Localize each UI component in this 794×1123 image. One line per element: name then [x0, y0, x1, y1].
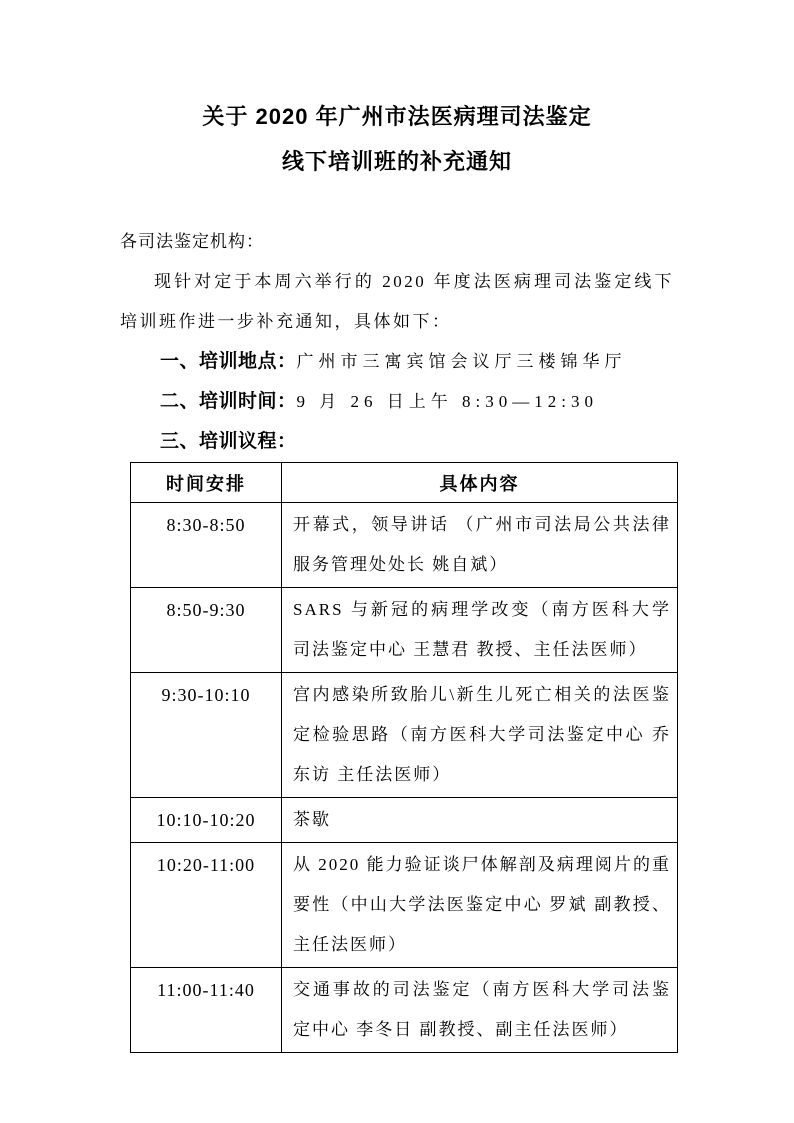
intro-paragraph: 现针对定于本周六举行的 2020 年度法医病理司法鉴定线下培训班作进一步补充通知…: [120, 262, 674, 342]
agenda-table-head: 时间安排 具体内容: [131, 463, 678, 503]
agenda-time-cell: 11:00-11:40: [131, 968, 282, 1053]
agenda-content-cell: 交通事故的司法鉴定（南方医科大学司法鉴定中心 李冬日 副教授、副主任法医师）: [282, 968, 678, 1053]
agenda-row: 9:30-10:10 宫内感染所致胎儿\新生儿死亡相关的法医鉴定检验思路（南方医…: [131, 673, 678, 798]
agenda-time-cell: 9:30-10:10: [131, 673, 282, 798]
column-header-time: 时间安排: [131, 463, 282, 503]
item-training-agenda: 三、培训议程：: [160, 422, 794, 462]
title-line-1: 关于 2020 年广州市法医病理司法鉴定: [0, 94, 794, 139]
agenda-content-cell: 宫内感染所致胎儿\新生儿死亡相关的法医鉴定检验思路（南方医科大学司法鉴定中心 乔…: [282, 673, 678, 798]
agenda-table: 时间安排 具体内容 8:30-8:50 开幕式，领导讲话 （广州市司法局公共法律…: [130, 462, 678, 1053]
agenda-time-cell: 10:10-10:20: [131, 798, 282, 843]
agenda-row: 8:30-8:50 开幕式，领导讲话 （广州市司法局公共法律服务管理处处长 姚自…: [131, 503, 678, 588]
item-training-agenda-label: 三、培训议程：: [160, 431, 297, 452]
item-training-location: 一、培训地点：广州市三寓宾馆会议厅三楼锦华厅: [160, 342, 794, 382]
agenda-row: 11:00-11:40 交通事故的司法鉴定（南方医科大学司法鉴定中心 李冬日 副…: [131, 968, 678, 1053]
document-title: 关于 2020 年广州市法医病理司法鉴定 线下培训班的补充通知: [0, 0, 794, 184]
agenda-row: 10:10-10:20 茶歇: [131, 798, 678, 843]
agenda-time-cell: 8:50-9:30: [131, 588, 282, 673]
agenda-header-row: 时间安排 具体内容: [131, 463, 678, 503]
item-training-location-label: 一、培训地点：: [160, 351, 297, 372]
column-header-content: 具体内容: [282, 463, 678, 503]
agenda-content-cell: 茶歇: [282, 798, 678, 843]
agenda-table-body: 8:30-8:50 开幕式，领导讲话 （广州市司法局公共法律服务管理处处长 姚自…: [131, 503, 678, 1053]
document-page: 关于 2020 年广州市法医病理司法鉴定 线下培训班的补充通知 各司法鉴定机构：…: [0, 0, 794, 1123]
agenda-time-cell: 10:20-11:00: [131, 843, 282, 968]
agenda-row: 8:50-9:30 SARS 与新冠的病理学改变（南方医科大学司法鉴定中心 王慧…: [131, 588, 678, 673]
item-training-time-label: 二、培训时间：: [160, 391, 297, 412]
item-training-location-value: 广州市三寓宾馆会议厅三楼锦华厅: [297, 352, 627, 371]
item-training-time: 二、培训时间：9 月 26 日上午 8:30—12:30: [160, 382, 794, 422]
agenda-content-cell: 从 2020 能力验证谈尸体解剖及病理阅片的重要性（中山大学法医鉴定中心 罗斌 …: [282, 843, 678, 968]
agenda-row: 10:20-11:00 从 2020 能力验证谈尸体解剖及病理阅片的重要性（中山…: [131, 843, 678, 968]
agenda-time-cell: 8:30-8:50: [131, 503, 282, 588]
agenda-content-cell: SARS 与新冠的病理学改变（南方医科大学司法鉴定中心 王慧君 教授、主任法医师…: [282, 588, 678, 673]
title-line-2: 线下培训班的补充通知: [0, 139, 794, 184]
salutation: 各司法鉴定机构：: [120, 222, 674, 262]
item-training-time-value: 9 月 26 日上午 8:30—12:30: [297, 392, 598, 411]
agenda-content-cell: 开幕式，领导讲话 （广州市司法局公共法律服务管理处处长 姚自斌）: [282, 503, 678, 588]
